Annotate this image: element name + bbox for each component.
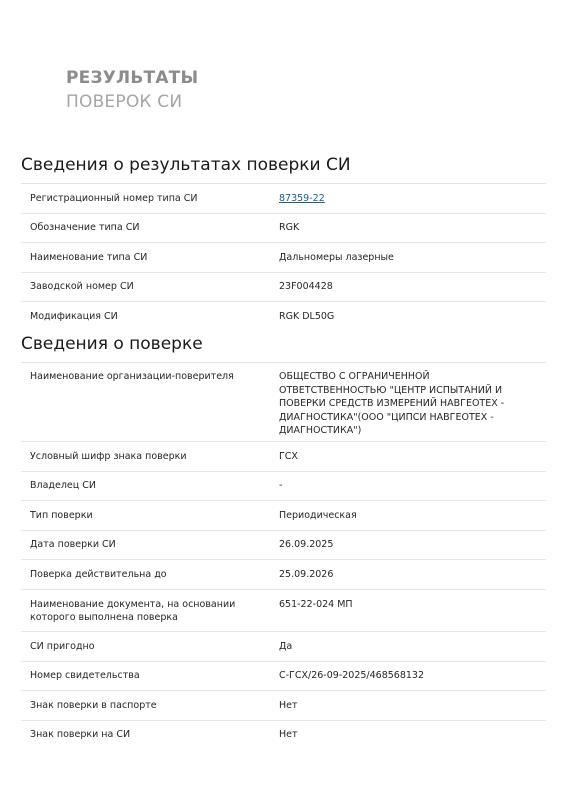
row-label: Знак поверки на СИ [21, 728, 279, 742]
row-label: Поверка действительна до [21, 568, 279, 582]
registration-number-link[interactable]: 87359-22 [279, 193, 325, 204]
row-value: 23F004428 [279, 280, 546, 294]
row-value: - [279, 479, 546, 493]
row-value: Да [279, 640, 546, 654]
info-row: Наименование документа, на основании кот… [21, 590, 546, 632]
info-row: Поверка действительна до 25.09.2026 [21, 560, 546, 590]
row-label: Номер свидетельства [21, 669, 279, 683]
info-row: Обозначение типа СИ RGK [21, 214, 546, 244]
row-value: Нет [279, 699, 546, 713]
info-row: Знак поверки в паспорте Нет [21, 691, 546, 721]
row-value: 651-22-024 МП [279, 598, 546, 612]
row-label: Наименование типа СИ [21, 251, 279, 265]
info-row: СИ пригодно Да [21, 632, 546, 662]
info-row: Тип поверки Периодическая [21, 501, 546, 531]
row-label: Наименование документа, на основании кот… [21, 598, 279, 625]
section-title: Сведения о поверке [21, 332, 546, 363]
row-value: ОБЩЕСТВО С ОГРАНИЧЕННОЙ ОТВЕТСТВЕННОСТЬЮ… [279, 370, 519, 438]
info-row: Заводской номер СИ 23F004428 [21, 273, 546, 303]
verification-details-section: Сведения о поверке Наименование организа… [21, 332, 546, 749]
row-label: Заводской номер СИ [21, 280, 279, 294]
row-value: Периодическая [279, 509, 546, 523]
row-value: Нет [279, 728, 546, 742]
info-row: Модификация СИ RGK DL50G [21, 302, 546, 331]
site-logo[interactable]: РЕЗУЛЬТАТЫ ПОВЕРОК СИ [66, 66, 198, 114]
info-row: Знак поверки на СИ Нет [21, 721, 546, 750]
row-label: СИ пригодно [21, 640, 279, 654]
info-row: Наименование типа СИ Дальномеры лазерные [21, 243, 546, 273]
row-label: Условный шифр знака поверки [21, 450, 279, 464]
section-title: Сведения о результатах поверки СИ [21, 153, 546, 184]
info-row: Номер свидетельства С-ГСХ/26-09-2025/468… [21, 662, 546, 692]
info-row: Регистрационный номер типа СИ 87359-22 [21, 184, 546, 214]
row-value: 25.09.2026 [279, 568, 546, 582]
row-value: RGK DL50G [279, 310, 546, 324]
row-label: Модификация СИ [21, 310, 279, 324]
row-label: Знак поверки в паспорте [21, 699, 279, 713]
row-value: ГСХ [279, 450, 546, 464]
info-row: Владелец СИ - [21, 472, 546, 502]
logo-line-2: ПОВЕРОК СИ [66, 90, 198, 114]
row-label: Тип поверки [21, 509, 279, 523]
verification-results-section: Сведения о результатах поверки СИ Регист… [21, 153, 546, 331]
row-value: Дальномеры лазерные [279, 251, 546, 265]
row-label: Регистрационный номер типа СИ [21, 192, 279, 206]
row-label: Дата поверки СИ [21, 538, 279, 552]
info-row: Наименование организации-поверителя ОБЩЕ… [21, 363, 546, 442]
row-value: RGK [279, 221, 546, 235]
info-row: Условный шифр знака поверки ГСХ [21, 442, 546, 472]
row-label: Владелец СИ [21, 479, 279, 493]
logo-line-1: РЕЗУЛЬТАТЫ [66, 66, 198, 90]
row-value: 26.09.2025 [279, 538, 546, 552]
info-row: Дата поверки СИ 26.09.2025 [21, 531, 546, 561]
row-label: Обозначение типа СИ [21, 221, 279, 235]
row-value: С-ГСХ/26-09-2025/468568132 [279, 669, 546, 683]
row-label: Наименование организации-поверителя [21, 370, 279, 384]
